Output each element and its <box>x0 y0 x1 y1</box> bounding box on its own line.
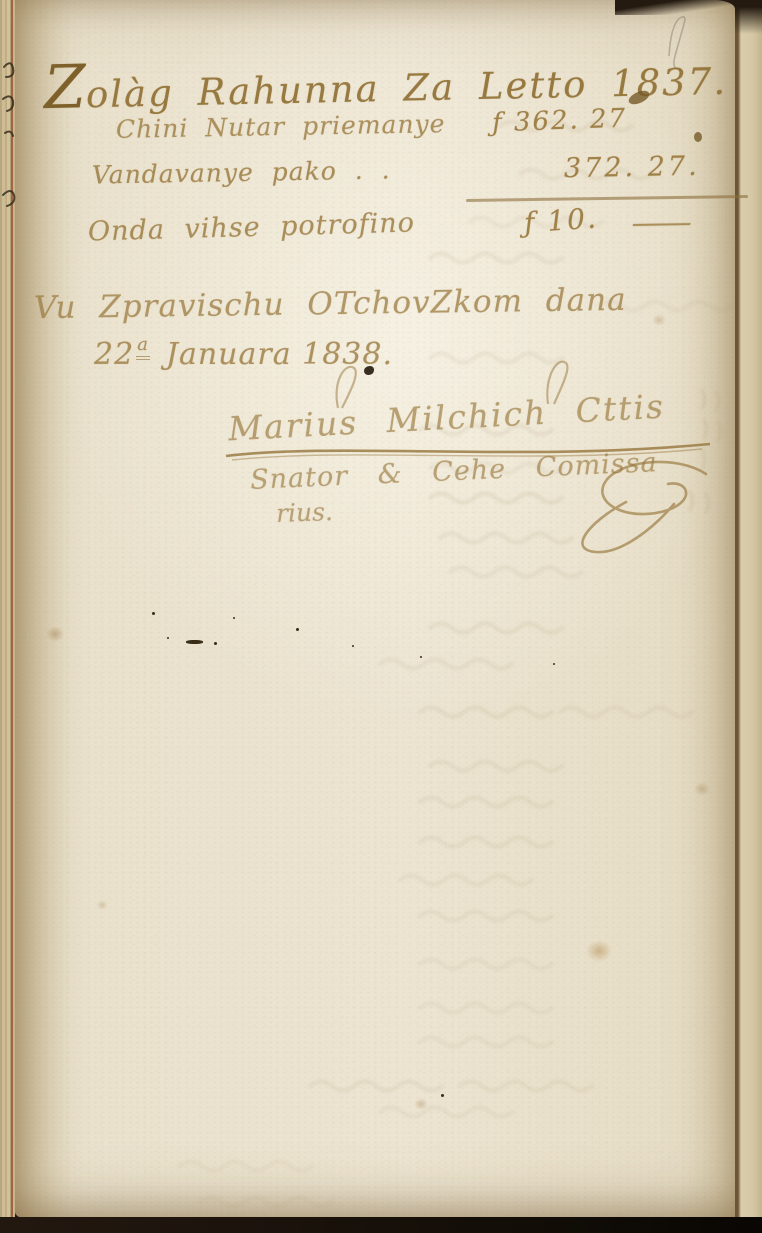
closing-date-line: 22aJanuara 1838. <box>94 334 393 372</box>
bottom-book-edge-shadow <box>0 1217 762 1233</box>
ledger-amount-income: ƒ 362. 27 <box>492 104 628 139</box>
ink-speck <box>352 645 354 647</box>
signature-role-line2: rius. <box>276 497 334 528</box>
ink-speck <box>233 617 235 619</box>
ledger-label-expense: Vandavanye pako . . <box>92 155 391 189</box>
ink-speck <box>167 637 169 639</box>
underlying-page-edge <box>735 0 762 1218</box>
ink-speck <box>420 656 422 658</box>
date-day-suffix: a <box>136 334 150 360</box>
ink-speck <box>214 642 217 645</box>
ink-speck <box>441 1094 444 1097</box>
manuscript-scan-page: Zolàg Rahunna Za Letto 1837. Chini Nutar… <box>0 0 762 1233</box>
ledger-balance-dash: — <box>629 205 695 241</box>
ink-speck <box>296 628 299 631</box>
ink-speck <box>152 612 155 615</box>
ink-dot <box>694 132 702 142</box>
binding-page-edges <box>0 0 15 1218</box>
ink-speck-dash <box>186 640 203 644</box>
ledger-amount-overspent: ƒ 10. <box>523 201 599 239</box>
date-day: 22 <box>94 337 134 372</box>
top-right-corner-shadow <box>615 0 735 15</box>
ledger-amount-expense: 372. 27. <box>564 151 700 184</box>
ledger-label-income: Chini Nutar priemanye <box>116 109 446 144</box>
ink-speck <box>553 663 555 665</box>
date-rest: Januara 1838. <box>166 337 393 372</box>
